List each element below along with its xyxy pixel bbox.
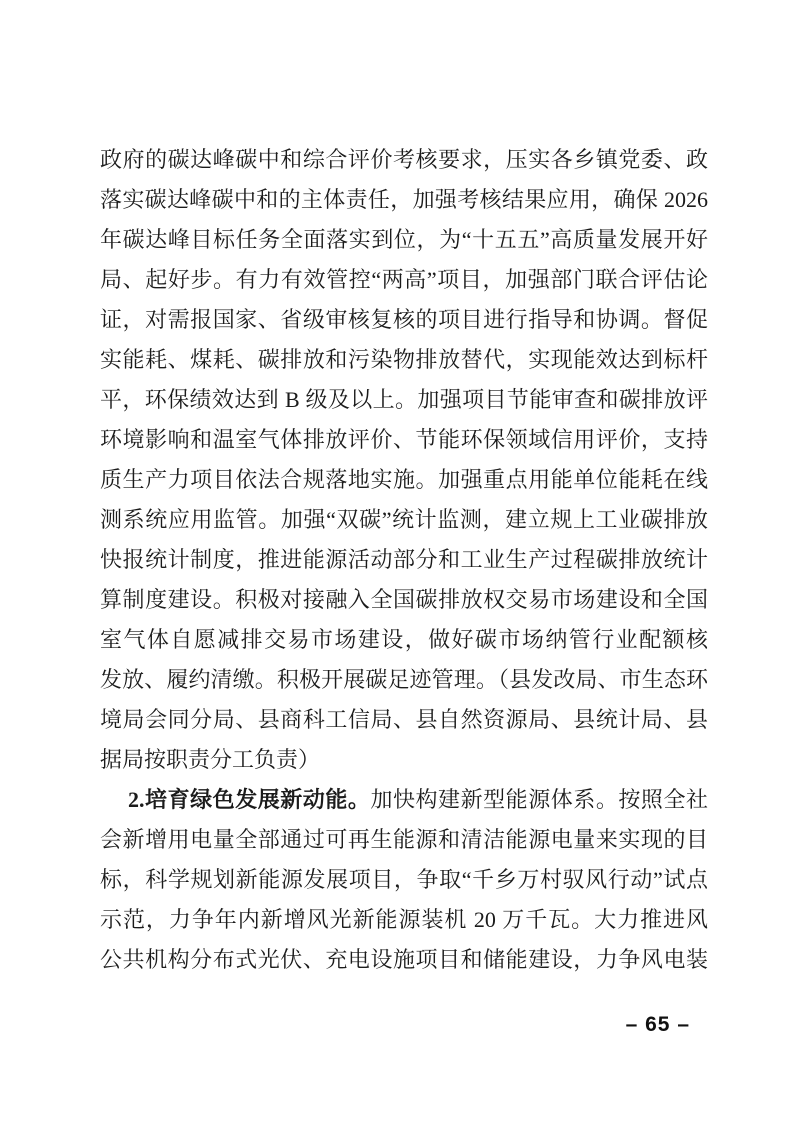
paragraph2-line: 示范，力争年内新增风光新能源装机 20 万千瓦。大力推进风电、 [100,900,708,940]
page-number: – 65 – [626,1013,690,1037]
paragraph1-line: 境局会同分局、县商科工信局、县自然资源局、县统计局、县数 [100,700,708,740]
paragraph1-line: 算制度建设。积极对接融入全国碳排放权交易市场建设和全国温 [100,580,708,620]
paragraph2-first-line: 2.培育绿色发展新动能。加快构建新型能源体系。按照全社 [100,780,708,820]
paragraph1-last-line: 据局按职责分工负责） [100,740,708,780]
paragraph2-line: 标，科学规划新能源发展项目，争取“千乡万村驭风行动”试点 [100,860,708,900]
paragraph1-line: 室气体自愿减排交易市场建设，做好碳市场纳管行业配额核定、 [100,620,708,660]
paragraph1-line: 质生产力项目依法合规落地实施。加强重点用能单位能耗在线监 [100,460,708,500]
paragraph2-first-line-rest: 加快构建新型能源体系。按照全社 [370,787,708,812]
paragraph2-line: 公共机构分布式光伏、充电设施项目和储能建设，力争风电装机 [100,940,708,980]
paragraph1-line: 快报统计制度，推进能源活动部分和工业生产过程碳排放统计核 [100,540,708,580]
paragraph2-line: 会新增用电量全部通过可再生能源和清洁能源电量来实现的目 [100,820,708,860]
paragraph1-line: 局、起好步。有力有效管控“两高”项目，加强部门联合评估论 [100,260,708,300]
paragraph1-line: 发放、履约清缴。积极开展碳足迹管理。（县发改局、市生态环 [100,660,708,700]
paragraph1-line: 实能耗、煤耗、碳排放和污染物排放替代，实现能效达到标杆水 [100,340,708,380]
paragraph1-line: 平，环保绩效达到 B 级及以上。加强项目节能审查和碳排放评价、 [100,380,708,420]
paragraph1-line: 年碳达峰目标任务全面落实到位，为“十五五”高质量发展开好 [100,220,708,260]
paragraph1-line: 政府的碳达峰碳中和综合评价考核要求，压实各乡镇党委、政府 [100,140,708,180]
paragraph1-line: 测系统应用监管。加强“双碳”统计监测，建立规上工业碳排放 [100,500,708,540]
paragraph2-number-heading: 2.培育绿色发展新动能。 [128,787,370,812]
body-text: 政府的碳达峰碳中和综合评价考核要求，压实各乡镇党委、政府 落实碳达峰碳中和的主体… [100,140,708,980]
paragraph1-line: 证，对需报国家、省级审核复核的项目进行指导和协调。督促落 [100,300,708,340]
paragraph1-line: 环境影响和温室气体排放评价、节能环保领域信用评价，支持新 [100,420,708,460]
document-page: 政府的碳达峰碳中和综合评价考核要求，压实各乡镇党委、政府 落实碳达峰碳中和的主体… [0,0,793,1122]
paragraph1-line: 落实碳达峰碳中和的主体责任，加强考核结果应用，确保 2026 [100,180,708,220]
